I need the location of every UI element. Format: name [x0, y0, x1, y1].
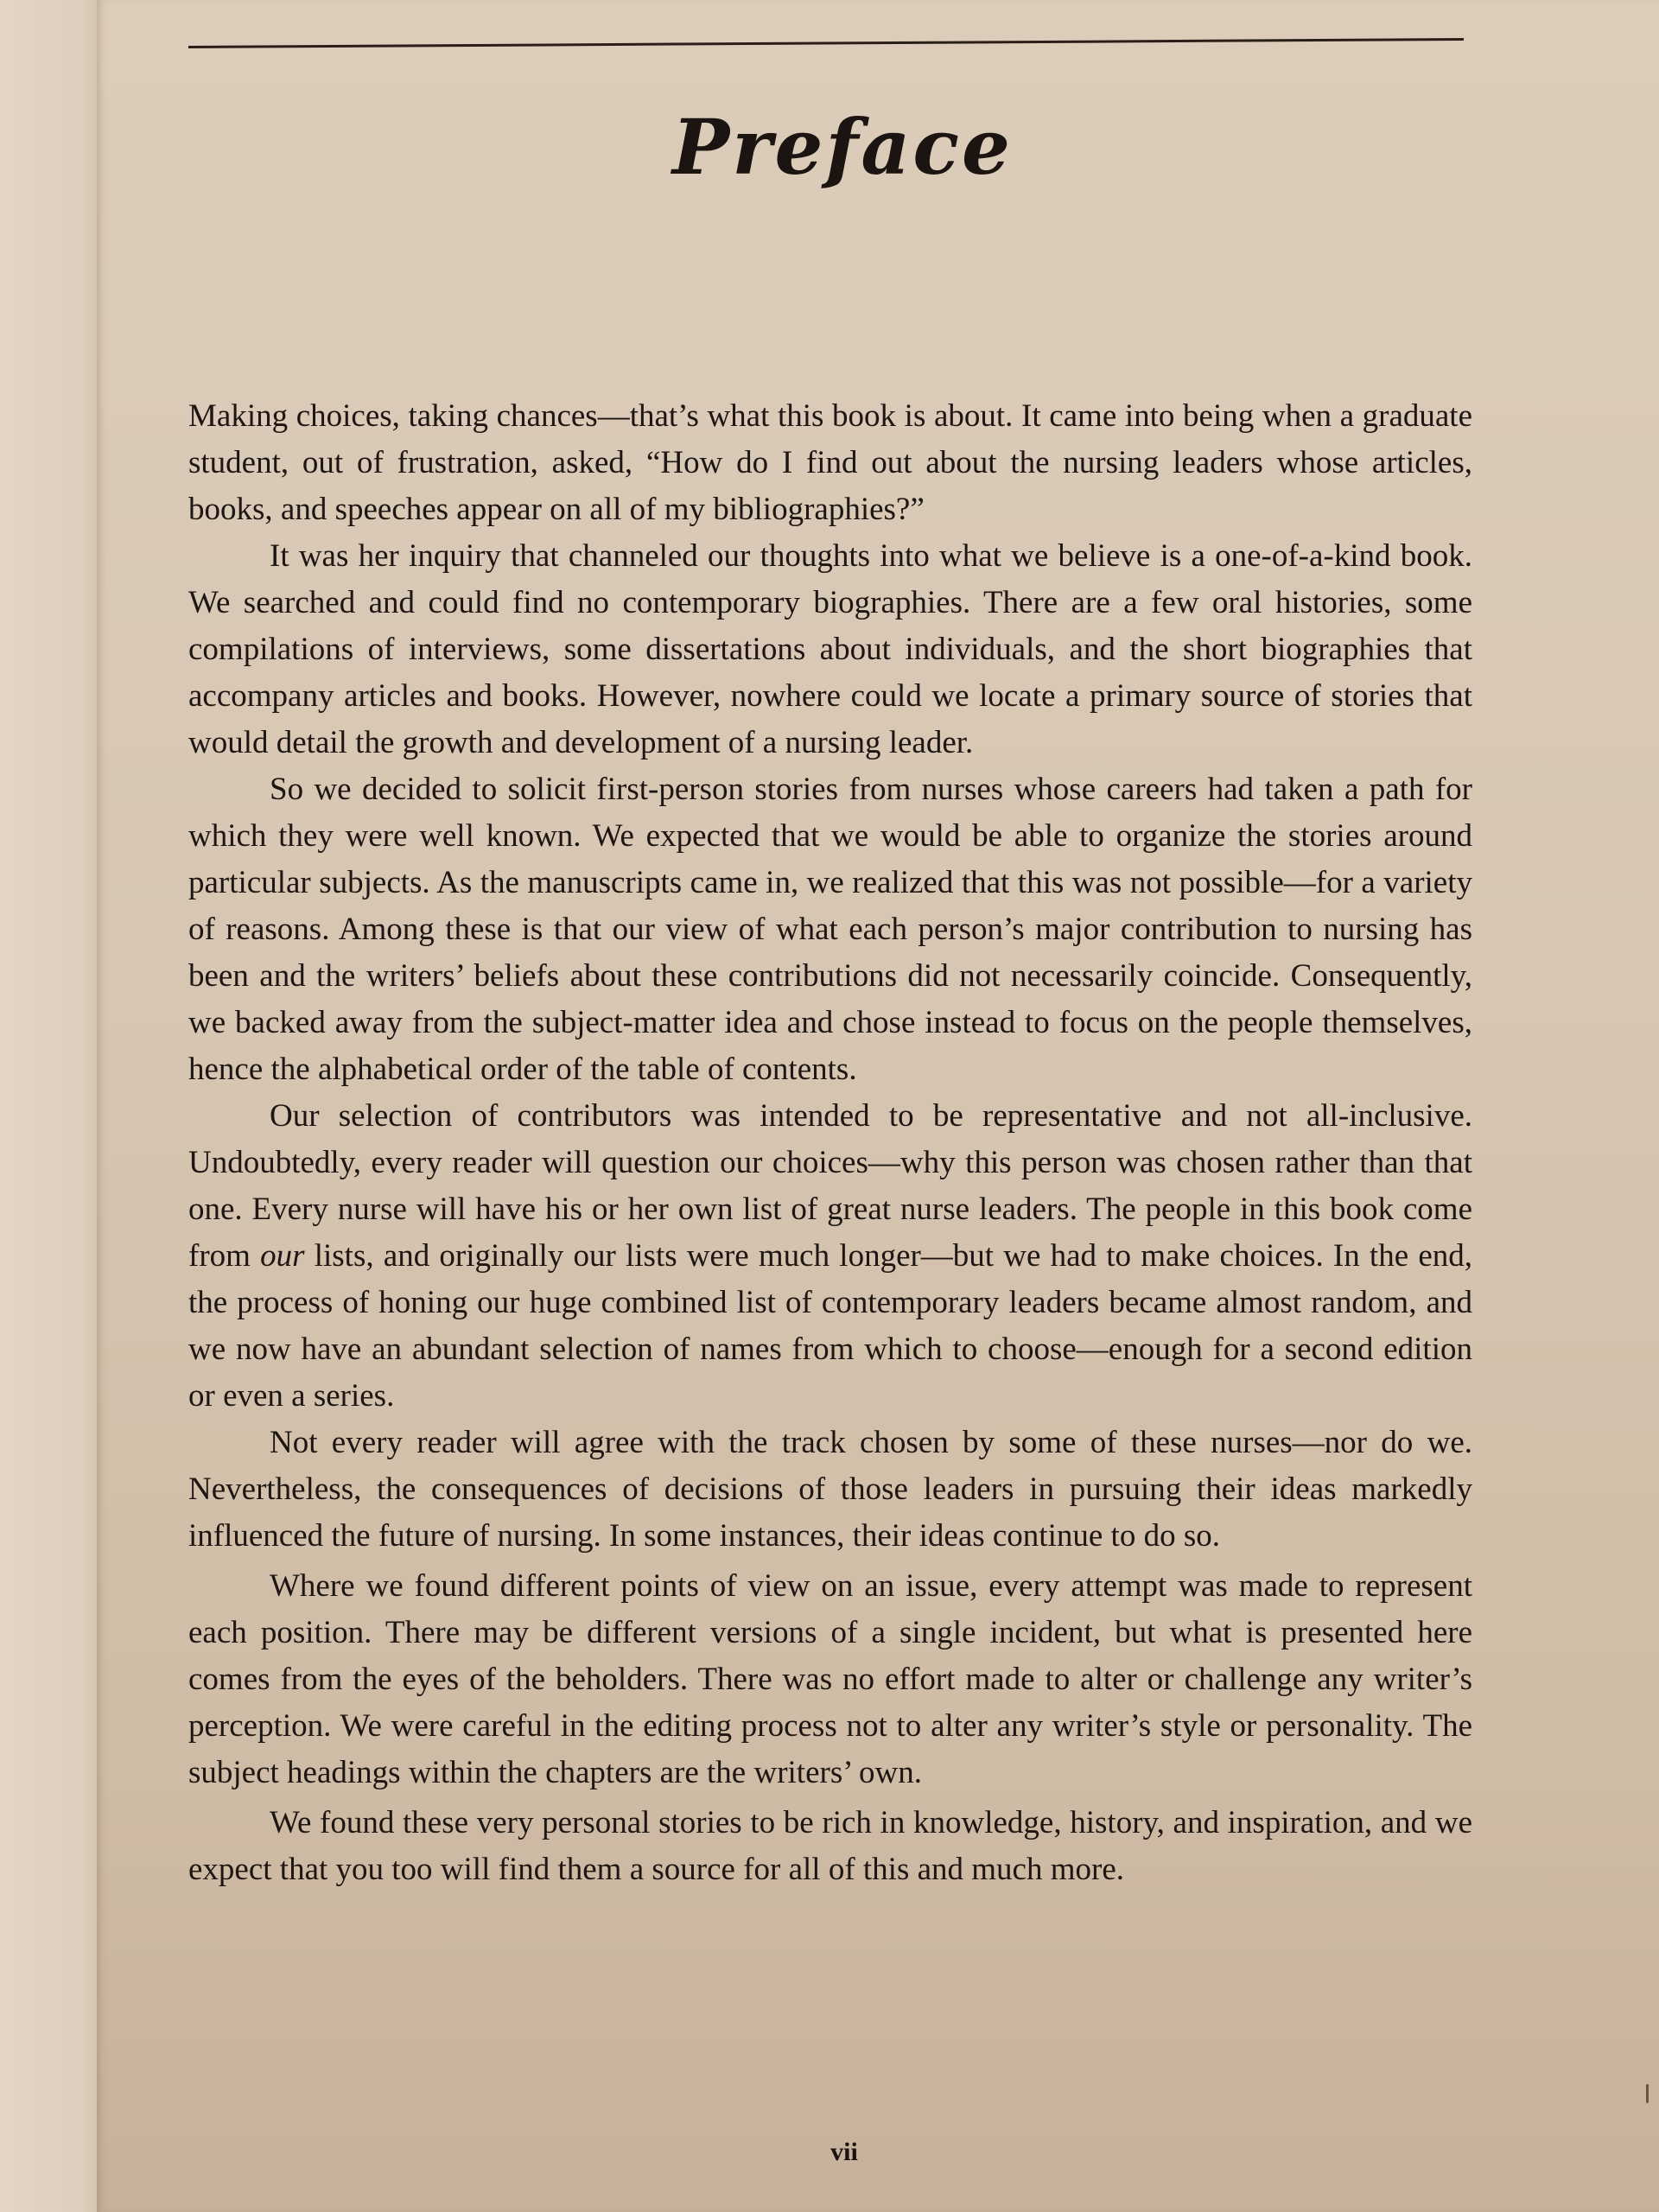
- paragraph-5: Not every reader will agree with the tra…: [188, 1420, 1472, 1560]
- paragraph-4-italic-our: our: [260, 1238, 304, 1274]
- paper-speck: [1646, 2084, 1649, 2103]
- facing-page-edge: [0, 0, 102, 2212]
- page-title: Preface: [0, 102, 1659, 192]
- book-photo: Preface Making choices, taking chances—t…: [0, 0, 1659, 2212]
- paragraph-2: It was her inquiry that channeled our th…: [188, 533, 1472, 766]
- paragraph-1: Making choices, taking chances—that’s wh…: [188, 393, 1472, 533]
- preface-body: Making choices, taking chances—that’s wh…: [188, 393, 1472, 1893]
- paragraph-3: So we decided to solicit first-person st…: [188, 766, 1472, 1093]
- page-number: vii: [0, 2138, 1659, 2167]
- paragraph-4-text-b: lists, and originally our lists were muc…: [188, 1238, 1472, 1414]
- paragraph-7: We found these very personal stories to …: [188, 1800, 1472, 1893]
- paragraph-4: Our selection of contributors was intend…: [188, 1093, 1472, 1420]
- paragraph-6: Where we found different points of view …: [188, 1563, 1472, 1796]
